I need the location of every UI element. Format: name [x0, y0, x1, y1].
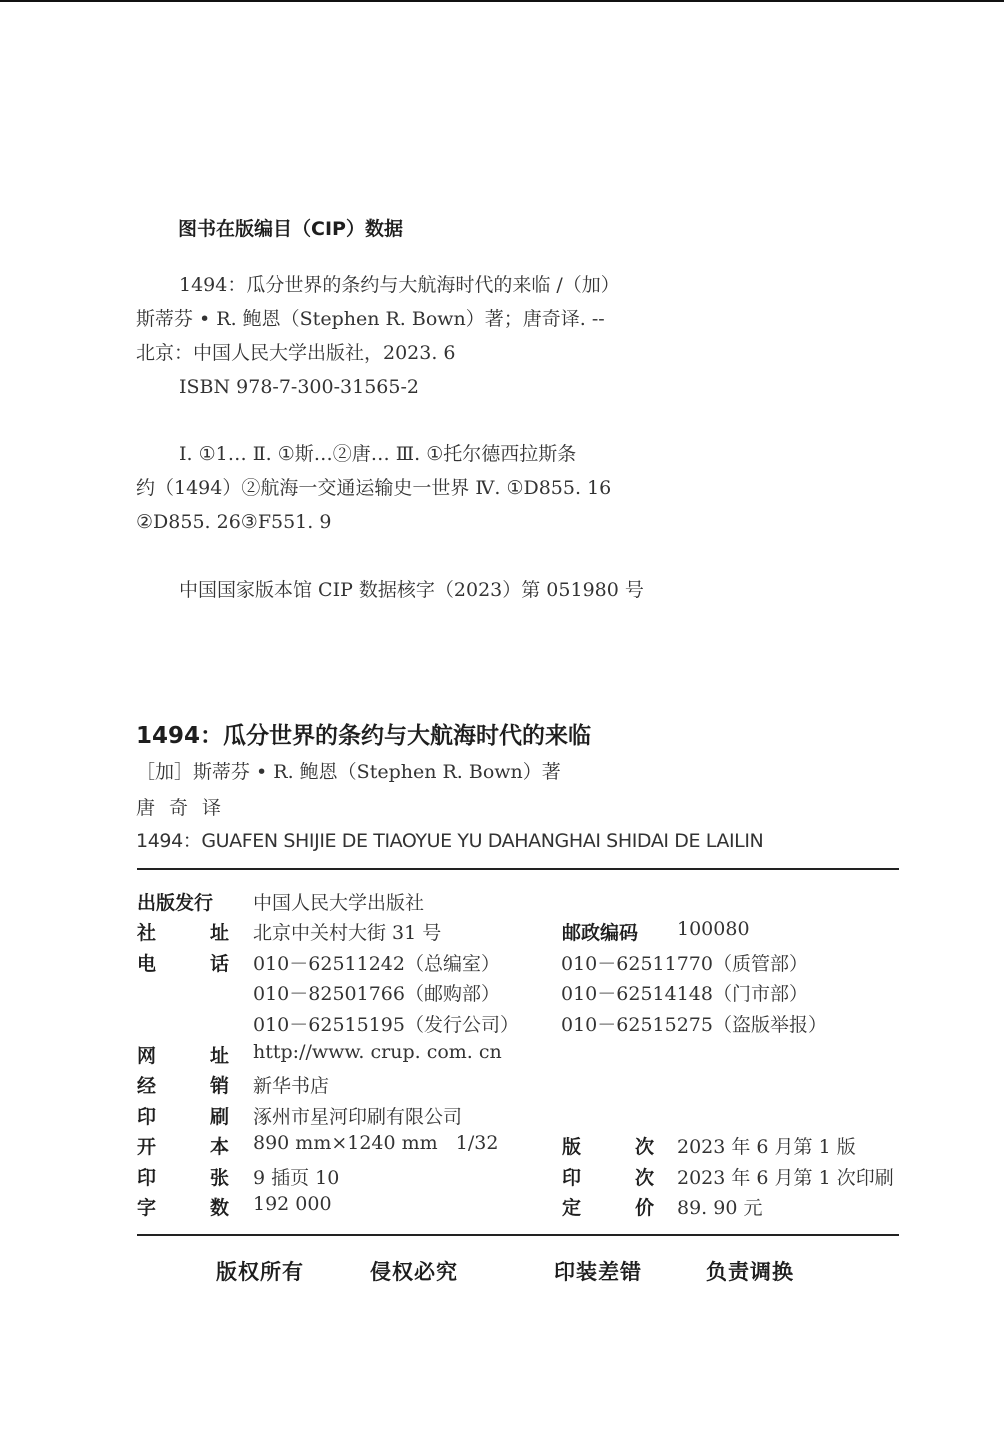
cip-description-line: 斯蒂芬 • R. 鲍恩（Stephen R. Bown）著；唐奇译. -- [136, 302, 716, 336]
pub-label: 经 销 [137, 1071, 229, 1098]
notice-replacement: 负责调换 [706, 1256, 794, 1286]
book-author: ［加］斯蒂芬 • R. 鲍恩（Stephen R. Bown）著 [136, 757, 561, 784]
pub-value-address: 北京中关村大街 31 号 [253, 918, 441, 945]
pub-value-website: http://www. crup. com. cn [253, 1041, 502, 1063]
pub-value-format: 890 mm×1240 mm 1/32 [253, 1132, 498, 1154]
divider-top [137, 868, 899, 870]
pub-value-distributor: 新华书店 [253, 1071, 329, 1098]
book-title: 1494：瓜分世界的条约与大航海时代的来临 [136, 717, 591, 750]
cip-description-line: 北京：中国人民大学出版社，2023. 6 [136, 336, 716, 370]
notice-copyright: 版权所有 [216, 1256, 304, 1286]
pub-value-postcode: 100080 [677, 918, 750, 940]
book-translator: 唐奇译 [136, 793, 235, 820]
pub-label: 网 址 [137, 1041, 229, 1068]
pub-value-word-count: 192 000 [253, 1193, 332, 1215]
pub-value-phone: 010－62515275（盗版举报） [561, 1010, 827, 1037]
pub-value-publisher: 中国人民大学出版社 [253, 888, 424, 915]
cip-heading: 图书在版编目（CIP）数据 [178, 214, 403, 241]
pub-label: 印 张 [137, 1163, 229, 1190]
pub-label: 印 次 [562, 1163, 654, 1190]
cip-classification-line: ②D855. 26③F551. 9 [136, 505, 716, 539]
notice-printing-error: 印装差错 [554, 1256, 642, 1286]
pub-label: 印 刷 [137, 1102, 229, 1129]
pub-value-sheets: 9 插页 10 [253, 1163, 339, 1190]
notice-infringement: 侵权必究 [370, 1256, 458, 1286]
pub-value-phone: 010－62515195（发行公司） [253, 1010, 519, 1037]
pub-label: 电 话 [137, 949, 229, 976]
pub-label: 版 次 [562, 1132, 654, 1159]
pub-label: 出版发行 [137, 888, 229, 915]
pub-value-phone: 010－62511770（质管部） [561, 949, 808, 976]
pub-label: 定 价 [562, 1193, 654, 1220]
pub-value-edition: 2023 年 6 月第 1 版 [677, 1132, 856, 1159]
pub-value-phone: 010－62514148（门市部） [561, 979, 808, 1006]
pub-label: 字 数 [137, 1193, 229, 1220]
pub-value-impression: 2023 年 6 月第 1 次印刷 [677, 1163, 894, 1190]
pub-value-phone: 010－62511242（总编室） [253, 949, 500, 976]
divider-bottom [137, 1234, 899, 1236]
pub-label-postcode: 邮政编码 [562, 918, 654, 945]
pub-value-phone: 010－82501766（邮购部） [253, 979, 500, 1006]
pub-value-printer: 涿州市星河印刷有限公司 [253, 1102, 462, 1129]
cip-description-line: 1494：瓜分世界的条约与大航海时代的来临 /（加） [136, 268, 716, 302]
cip-isbn: ISBN 978-7-300-31565-2 [136, 370, 716, 404]
cip-classification-line: 约（1494）②航海一交通运输史一世界 Ⅳ. ①D855. 16 [136, 471, 716, 505]
cip-approval-number: 中国国家版本馆 CIP 数据核字（2023）第 051980 号 [179, 575, 644, 602]
page-top-border [0, 0, 1004, 2]
cip-classification-line: Ⅰ. ①1… Ⅱ. ①斯…②唐… Ⅲ. ①托尔德西拉斯条 [136, 437, 716, 471]
pub-value-price: 89. 90 元 [677, 1193, 762, 1220]
pub-label: 社 址 [137, 918, 229, 945]
pub-label: 开 本 [137, 1132, 229, 1159]
cip-description: 1494：瓜分世界的条约与大航海时代的来临 /（加） 斯蒂芬 • R. 鲍恩（S… [136, 268, 716, 404]
book-pinyin-title: 1494：GUAFEN SHIJIE DE TIAOYUE YU DAHANGH… [136, 826, 763, 853]
cip-classification: Ⅰ. ①1… Ⅱ. ①斯…②唐… Ⅲ. ①托尔德西拉斯条 约（1494）②航海一… [136, 437, 716, 539]
